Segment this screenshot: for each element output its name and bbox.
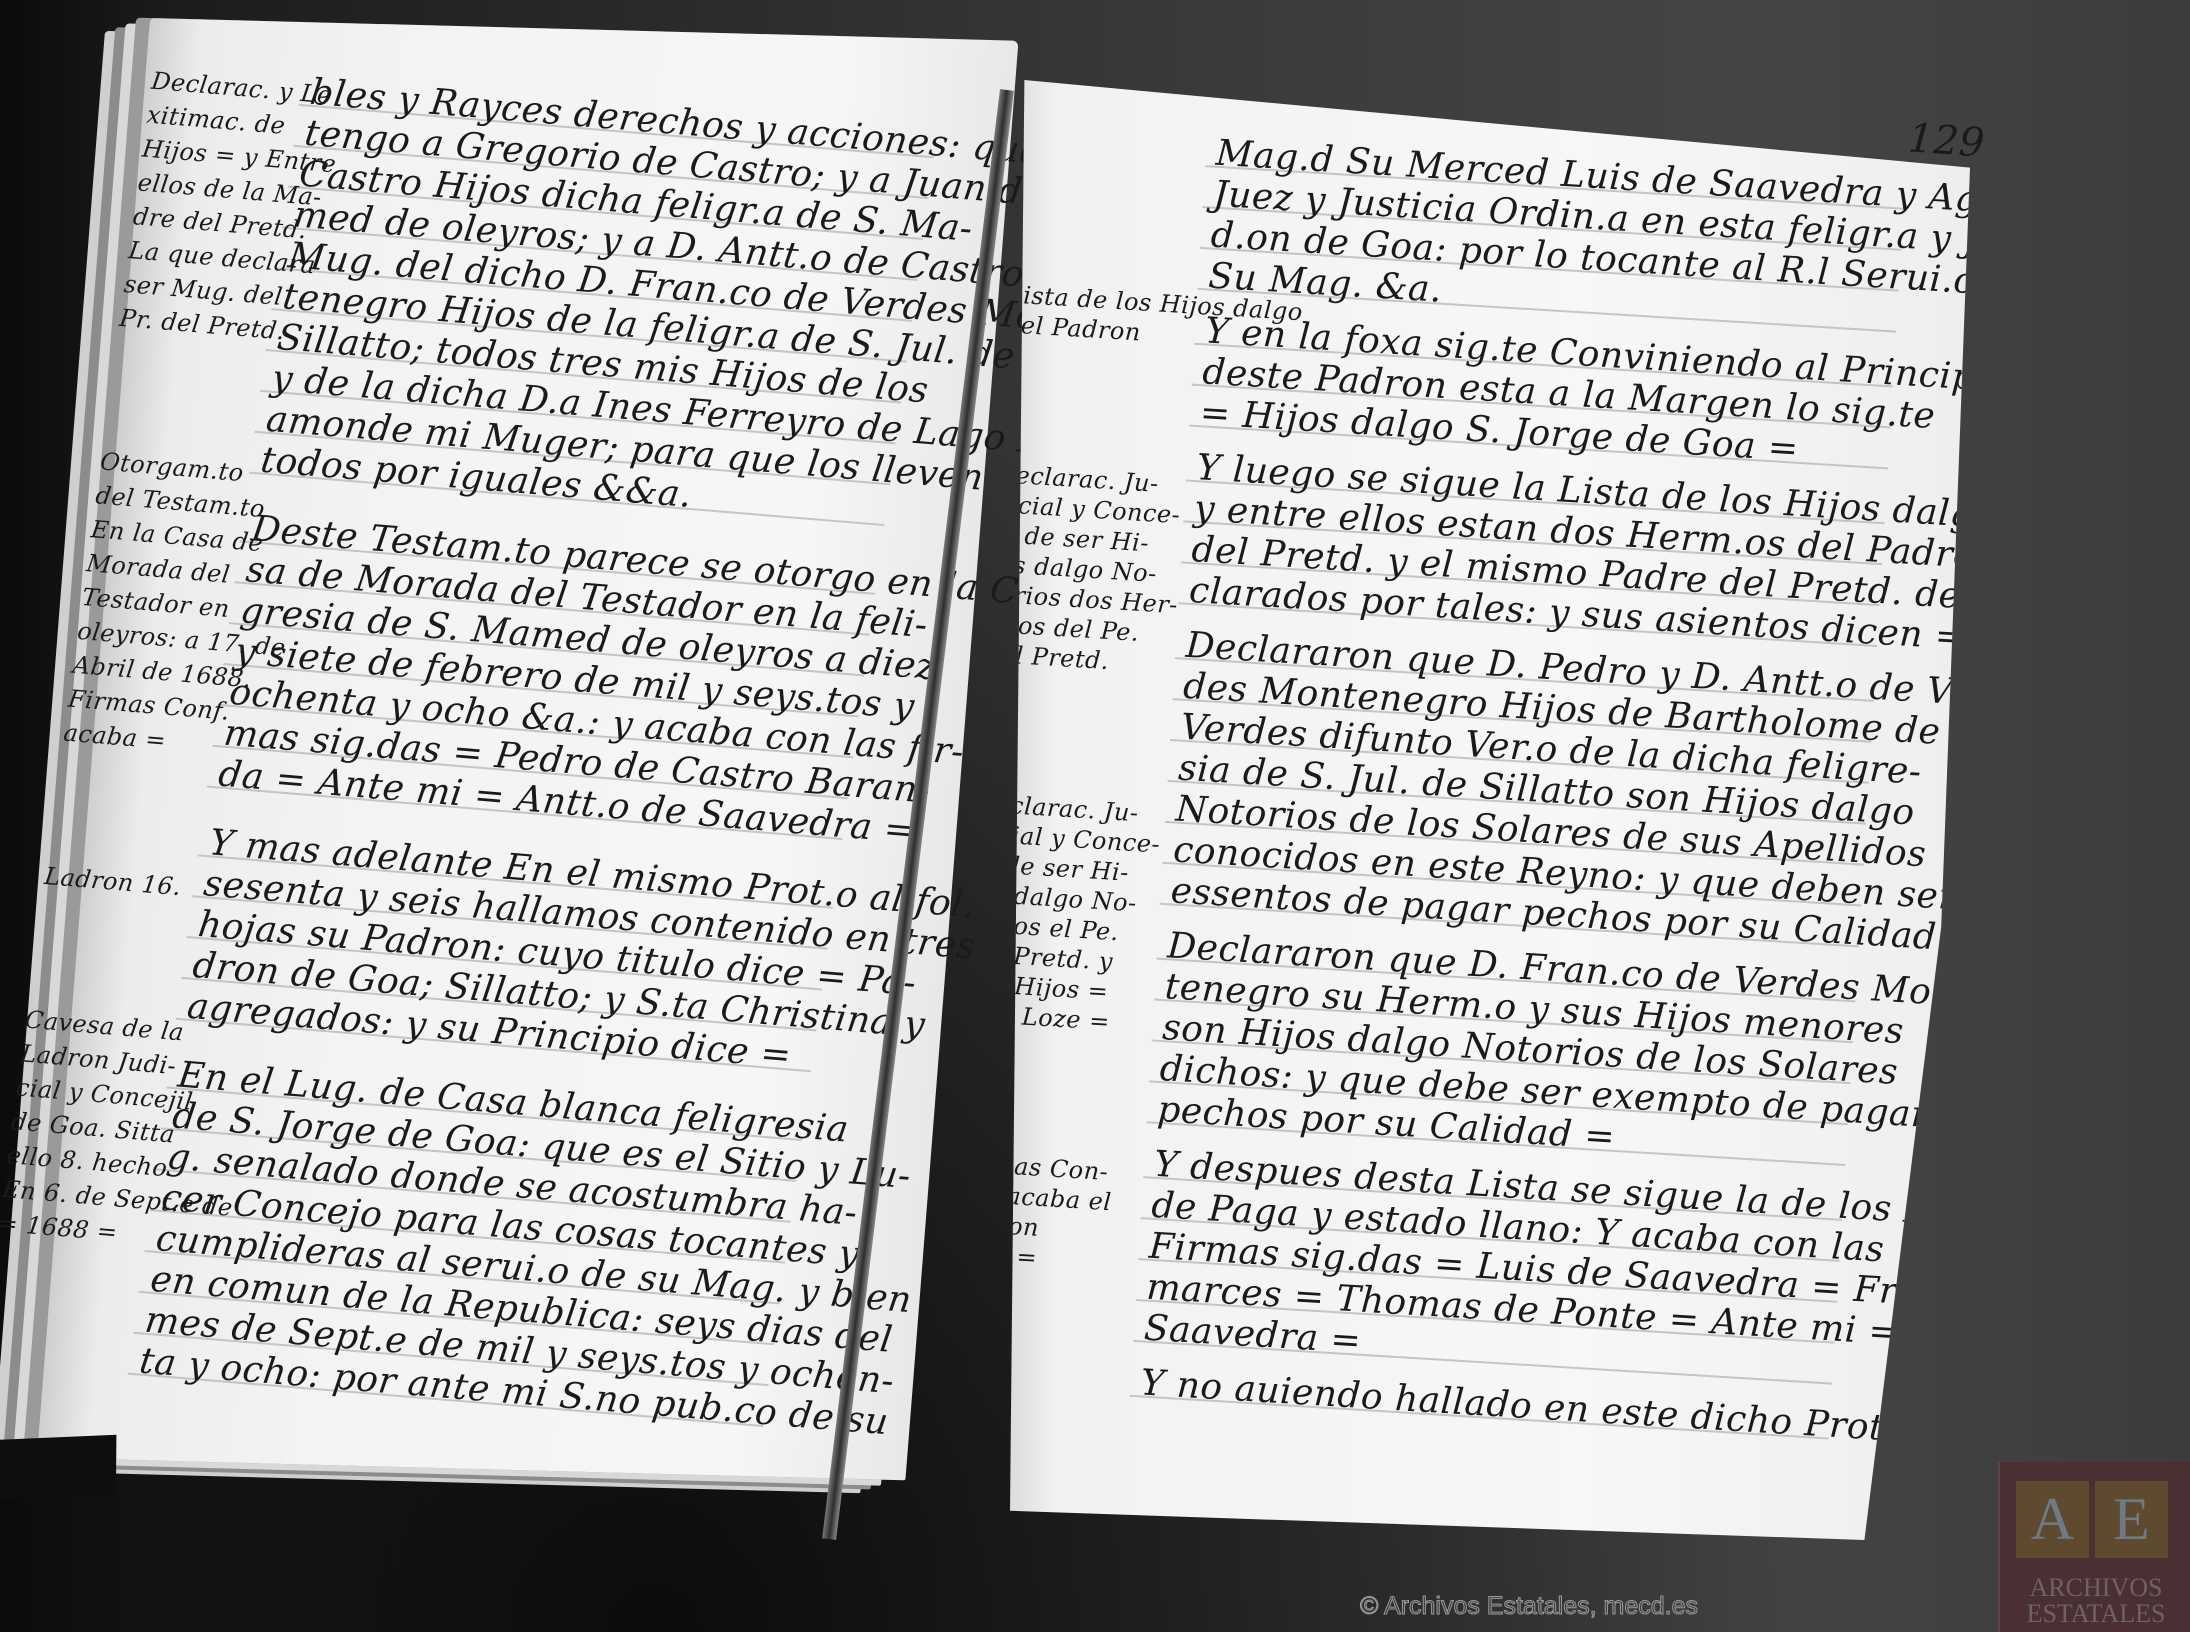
margin-note: ello 8. hecho — [5, 1141, 169, 1182]
margin-note: Declarac. Ju- — [995, 460, 1159, 498]
left-page: bles y Rayces derechos y acciones: que o… — [37, 18, 1019, 1480]
margin-note: = 16 = — [947, 1238, 1038, 1271]
margin-note: xitimac. de — [145, 101, 287, 140]
margin-note: ser Mug. del — [122, 270, 284, 311]
folio-number: 129 — [1906, 115, 1985, 166]
margin-note: sus Hijos = — [964, 969, 1109, 1006]
margin-note: = 1688 = — [0, 1209, 119, 1247]
margin-note: acaba = — [62, 718, 168, 754]
manuscript-line: Y no auiendo hallado en este dicho Prot.… — [1139, 1362, 1919, 1450]
copyright-watermark: © Archivos Estatales, mecd.es — [1360, 1592, 1698, 1621]
logo-letter-e: E — [2095, 1481, 2168, 1558]
right-page: Mag.d Su Merced Luis de Saavedra y Aguia… — [1010, 80, 1970, 1540]
logo-caption-archivos: ARCHIVOS — [2000, 1574, 2190, 1601]
archivos-estatales-logo: A E ARCHIVOS ESTATALES — [1998, 1462, 2190, 1632]
margin-note: Otorgam.to — [98, 447, 245, 487]
margin-note: Ladron 16. — [43, 862, 183, 901]
margin-note: Padron — [949, 1209, 1040, 1242]
margin-note: Cavesa de la — [23, 1005, 185, 1046]
manuscript-viewer: bles y Rayces derechos y acciones: que o… — [0, 0, 2190, 1632]
margin-note: del Padron — [1004, 310, 1141, 346]
margin-note: Testador en — [80, 583, 231, 623]
right-page-text: Mag.d Su Merced Luis de Saavedra y Aguia… — [921, 80, 1968, 1596]
margin-note: Declarac. Ju- — [975, 789, 1139, 827]
margin-note: Morada del — [85, 549, 232, 589]
margin-note: Pr. del Pretd. — [118, 304, 287, 346]
logo-letter-a: A — [2016, 1481, 2089, 1558]
margin-note: Ladron Judi- — [19, 1039, 178, 1080]
margin-note: del Pretd. — [984, 640, 1110, 676]
margin-note: Firmas Con- — [953, 1149, 1109, 1186]
logo-caption-estatales: ESTATALES — [2000, 1600, 2190, 1627]
